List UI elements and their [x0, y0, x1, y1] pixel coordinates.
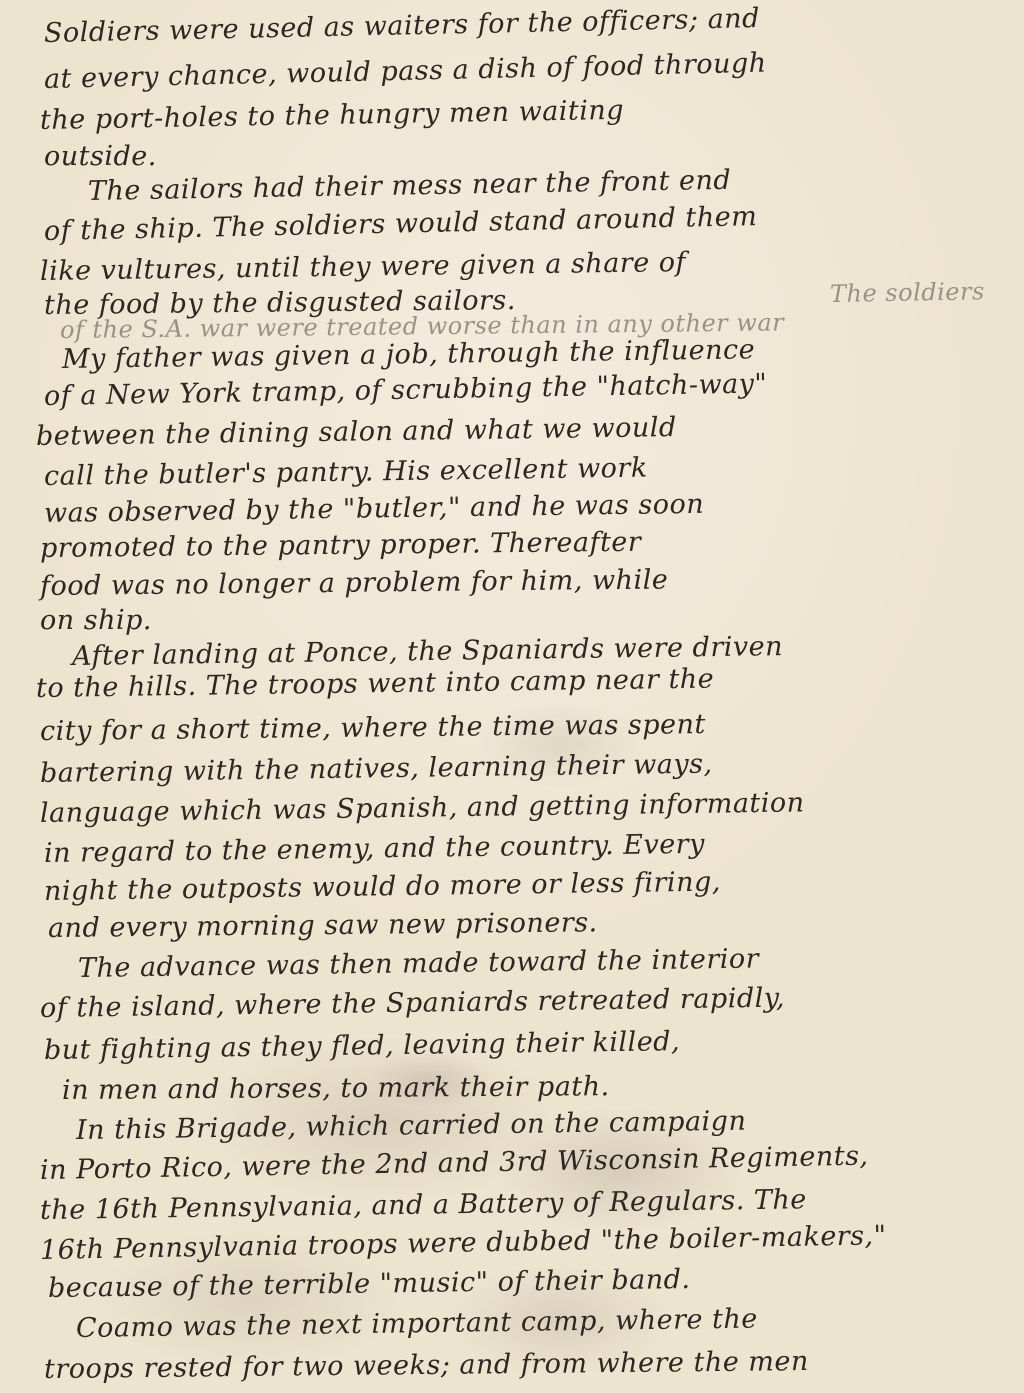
manuscript-line: like vultures, until they were given a s…: [40, 249, 686, 285]
manuscript-line: and every morning saw new prisoners.: [48, 909, 598, 942]
manuscript-line: between the dining salon and what we wou…: [36, 414, 677, 450]
manuscript-line: Soldiers were used as waiters for the of…: [44, 5, 760, 47]
manuscript-line: at every chance, would pass a dish of fo…: [44, 50, 767, 93]
manuscript-line: promoted to the pantry proper. Thereafte…: [40, 529, 642, 562]
manuscript-line: Coamo was the next important camp, where…: [76, 1305, 758, 1342]
manuscript-line: in regard to the enemy, and the country.…: [44, 831, 705, 867]
manuscript-page: Soldiers were used as waiters for the of…: [0, 0, 1024, 1393]
manuscript-line: of the ship. The soldiers would stand ar…: [44, 203, 758, 245]
manuscript-line: The advance was then made toward the int…: [78, 945, 759, 982]
manuscript-line: city for a short time, where the time wa…: [40, 711, 706, 745]
manuscript-line: The sailors had their mess near the fron…: [88, 167, 732, 205]
manuscript-line: to the hills. The troops went into camp …: [36, 666, 715, 702]
manuscript-line: night the outposts would do more or less…: [44, 869, 721, 905]
manuscript-line: outside.: [44, 143, 157, 170]
pencil-insertion-line-1: The soldiers: [830, 279, 985, 306]
handwritten-text-body: Soldiers were used as waiters for the of…: [0, 0, 1024, 1393]
manuscript-line: 16th Pennsylvania troops were dubbed "th…: [40, 1222, 887, 1264]
manuscript-line: the 16th Pennsylvania, and a Battery of …: [40, 1186, 807, 1224]
manuscript-line: in Porto Rico, were the 2nd and 3rd Wisc…: [40, 1143, 869, 1184]
manuscript-line: food was no longer a problem for him, wh…: [40, 566, 669, 600]
manuscript-line: of the island, where the Spaniards retre…: [40, 985, 785, 1022]
manuscript-line: My father was given a job, through the i…: [62, 336, 755, 373]
manuscript-line: bartering with the natives, learning the…: [40, 751, 713, 787]
manuscript-line: in men and horses, to mark their path.: [62, 1073, 610, 1104]
manuscript-line: on ship.: [40, 607, 152, 634]
manuscript-line: language which was Spanish, and getting …: [40, 789, 805, 827]
manuscript-line: because of the terrible "music" of their…: [48, 1266, 691, 1302]
manuscript-line: the port-holes to the hungry men waiting: [40, 97, 625, 134]
manuscript-line: was observed by the "butler," and he was…: [44, 491, 705, 527]
manuscript-line: but fighting as they fled, leaving their…: [44, 1028, 680, 1064]
manuscript-line: troops rested for two weeks; and from wh…: [44, 1348, 809, 1383]
manuscript-line: In this Brigade, which carried on the ca…: [76, 1108, 747, 1144]
manuscript-line: call the butler's pantry. His excellent …: [44, 455, 648, 490]
manuscript-line: of a New York tramp, of scrubbing the "h…: [44, 370, 768, 410]
